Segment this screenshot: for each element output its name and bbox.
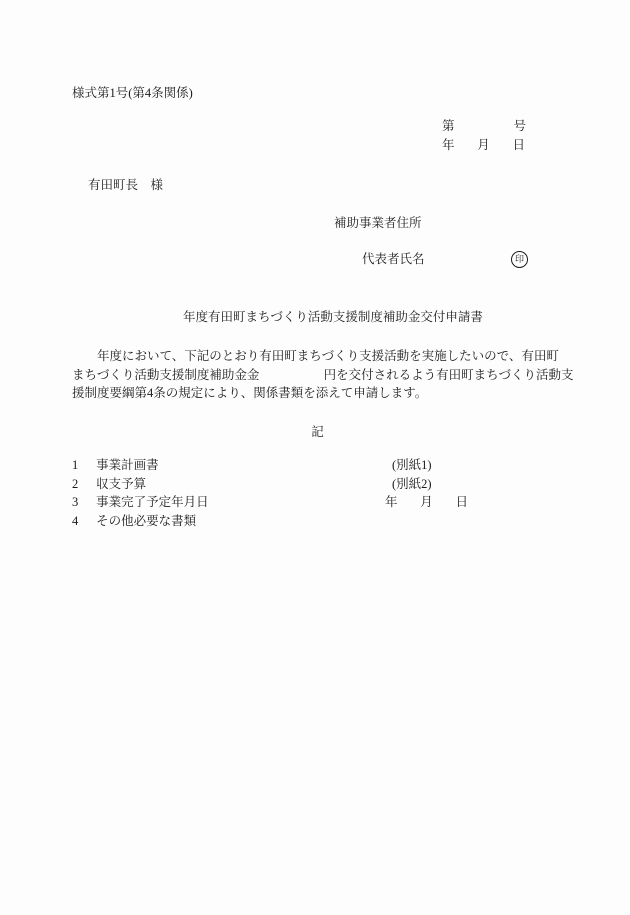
addressee: 有田町長 様	[88, 175, 163, 193]
representative-name-label: 代表者氏名	[362, 249, 425, 267]
doc-number-prefix: 第	[442, 116, 455, 134]
body-line-2: まちづくり活動支援制度補助金金 円を交付されるよう有田町まちづくり活動支	[72, 366, 568, 385]
record-heading: 記	[72, 422, 563, 440]
item-label: その他必要な書類	[96, 514, 196, 528]
item-number: 2	[72, 475, 93, 494]
item-label: 事業完了予定年月日	[96, 495, 209, 509]
body-line-3: 援制度要綱第4条の規定により、関係書類を添えて申請します。	[72, 384, 568, 403]
body-line-1: 年度において、下記のとおり有田町まちづくり支援活動を実施したいので、有田町	[72, 347, 568, 366]
list-item: 3 事業完了予定年月日 年 月 日	[72, 493, 563, 512]
item-note: (別紙1)	[392, 456, 432, 475]
document-title: 年度有田町まちづくり活動支援制度補助金交付申請書	[183, 307, 483, 325]
item-note: (別紙2)	[392, 475, 432, 494]
application-form-page: 様式第1号(第4条関係) 第 号 年 月 日 有田町長 様 補助事業者住所 代表…	[0, 0, 630, 915]
completion-year-label: 年	[385, 493, 398, 512]
seal-character: 印	[515, 255, 524, 264]
item-number: 1	[72, 456, 93, 475]
applicant-address-label: 補助事業者住所	[334, 213, 422, 231]
completion-month-label: 月	[420, 493, 433, 512]
body-line-2-post: 円を交付されるよう有田町まちづくり活動支	[324, 368, 574, 382]
document-number-line: 第 号	[442, 116, 526, 134]
item-number: 3	[72, 493, 93, 512]
body-paragraph: 年度において、下記のとおり有田町まちづくり支援活動を実施したいので、有田町 まち…	[72, 347, 568, 403]
item-label: 収支予算	[96, 477, 146, 491]
issue-date-line: 年 月 日	[442, 135, 525, 153]
body-line-2-pre: まちづくり活動支援制度補助金金	[72, 368, 259, 382]
list-item: 1 事業計画書 (別紙1)	[72, 456, 563, 475]
completion-date-fields: 年 月 日	[385, 493, 468, 512]
item-label: 事業計画書	[96, 458, 159, 472]
date-month-label: 月	[477, 135, 490, 153]
completion-day-label: 日	[455, 493, 468, 512]
item-number: 4	[72, 512, 93, 531]
form-number-label: 様式第1号(第4条関係)	[72, 83, 193, 101]
date-year-label: 年	[442, 135, 455, 153]
list-item: 4 その他必要な書類	[72, 512, 563, 531]
attachment-list: 1 事業計画書 (別紙1) 2 収支予算 (別紙2) 3 事業完了予定年月日 年…	[72, 456, 563, 531]
doc-number-suffix: 号	[513, 116, 526, 134]
list-item: 2 収支予算 (別紙2)	[72, 475, 563, 494]
date-day-label: 日	[512, 135, 525, 153]
seal-icon: 印	[511, 251, 528, 268]
